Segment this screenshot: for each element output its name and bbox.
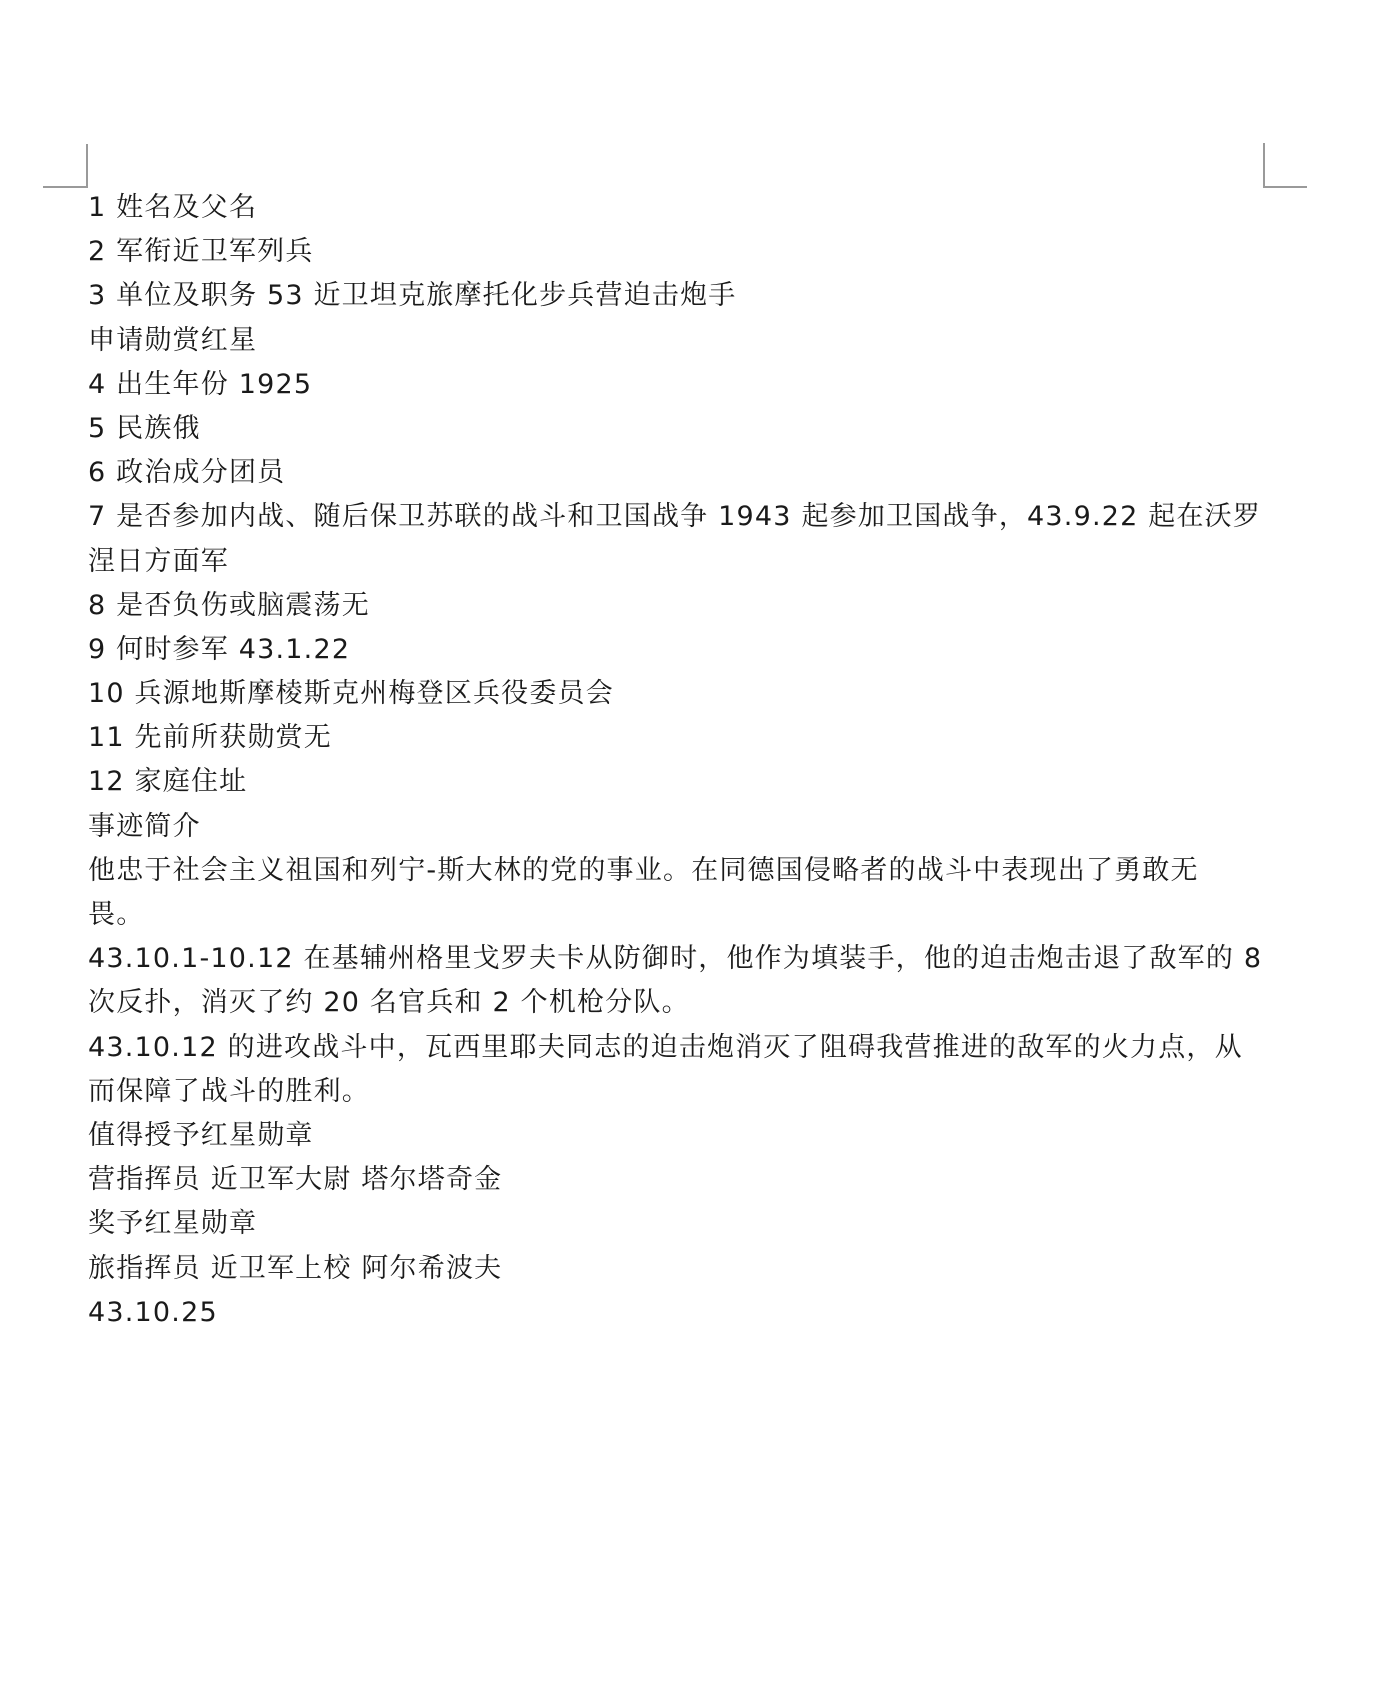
deeds-paragraph-1-cont: 畏。 [88,893,1268,937]
field-previous-awards: 11 先前所获勋赏无 [88,716,1268,760]
award-decision: 奖予红星勋章 [88,1202,1268,1246]
field-rank: 2 军衔近卫军列兵 [88,230,1268,274]
battalion-commander-signature: 营指挥员 近卫军大尉 塔尔塔奇金 [88,1158,1268,1202]
field-wounds: 8 是否负伤或脑震荡无 [88,584,1268,628]
document-date: 43.10.25 [88,1291,1268,1335]
deeds-paragraph-1: 他忠于社会主义祖国和列宁-斯大林的党的事业。在同德国侵略者的战斗中表现出了勇敢无 [88,849,1268,893]
field-war-participation: 7 是否参加内战、随后保卫苏联的战斗和卫国战争 1943 起参加卫国战争，43.… [88,495,1268,539]
document-body: 1 姓名及父名 2 军衔近卫军列兵 3 单位及职务 53 近卫坦克旅摩托化步兵营… [88,186,1268,1335]
award-request: 申请勋赏红星 [88,319,1268,363]
margin-corner-top-right [1263,143,1307,188]
field-draft-origin: 10 兵源地斯摩棱斯克州梅登区兵役委员会 [88,672,1268,716]
recommendation: 值得授予红星勋章 [88,1114,1268,1158]
brigade-commander-signature: 旅指挥员 近卫军上校 阿尔希波夫 [88,1247,1268,1291]
section-heading-deeds: 事迹简介 [88,805,1268,849]
field-political-status: 6 政治成分团员 [88,451,1268,495]
field-enlistment-date: 9 何时参军 43.1.22 [88,628,1268,672]
field-home-address: 12 家庭住址 [88,760,1268,804]
field-nationality: 5 民族俄 [88,407,1268,451]
field-war-participation-cont: 涅日方面军 [88,540,1268,584]
deeds-paragraph-2-cont: 次反扑，消灭了约 20 名官兵和 2 个机枪分队。 [88,981,1268,1025]
field-unit-position: 3 单位及职务 53 近卫坦克旅摩托化步兵营迫击炮手 [88,274,1268,318]
margin-corner-top-left [43,144,88,188]
deeds-paragraph-2: 43.10.1-10.12 在基辅州格里戈罗夫卡从防御时，他作为填装手，他的迫击… [88,937,1268,981]
deeds-paragraph-3-cont: 而保障了战斗的胜利。 [88,1070,1268,1114]
deeds-paragraph-3: 43.10.12 的进攻战斗中，瓦西里耶夫同志的迫击炮消灭了阻碍我营推进的敌军的… [88,1026,1268,1070]
field-birth-year: 4 出生年份 1925 [88,363,1268,407]
field-name: 1 姓名及父名 [88,186,1268,230]
